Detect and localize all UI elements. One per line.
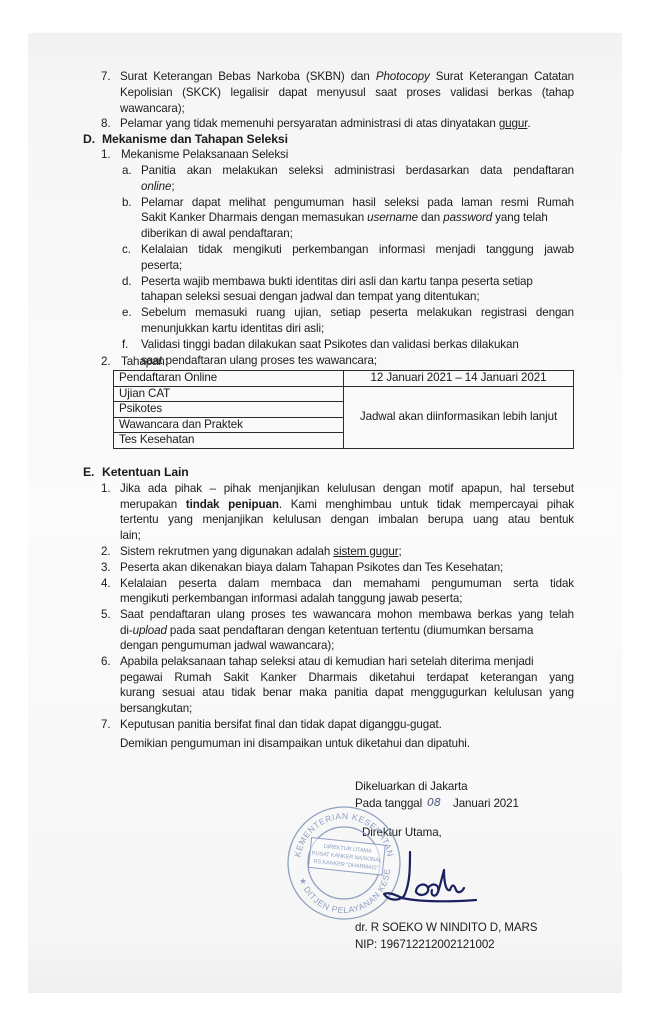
item-line: Pelamar dapat melihat pengumuman hasil s… [141, 195, 574, 211]
item-marker: 8. [101, 116, 110, 132]
item-marker: 5. [101, 607, 110, 623]
section-marker: D. [83, 132, 95, 148]
item-line: Kepolisian (SKCK) legalisir dapat menyus… [120, 85, 574, 101]
section-title: Ketentuan Lain [102, 465, 189, 481]
item-line: Saat pendaftaran ulang proses tes wawanc… [120, 607, 574, 623]
item-line: menunjukkan kartu identitas diri asli; [141, 321, 324, 337]
item-marker: 1. [101, 481, 110, 497]
item-line: merupakan tindak penipuan. Kami menghimb… [120, 497, 574, 513]
closing-statement: Demikian pengumuman ini disampaikan untu… [120, 736, 470, 752]
item-line: Validasi tinggi badan dilakukan saat Psi… [141, 337, 519, 353]
item-marker: e. [122, 305, 131, 321]
item-marker: 4. [101, 576, 110, 592]
item-line: mengikuti perkembangan informasi adalah … [120, 591, 462, 607]
item-marker: f. [122, 337, 128, 353]
item-line: Jika ada pihak – pihak menjanjikan kelul… [120, 481, 574, 497]
item-line: Panitia akan melakukan seleksi administr… [141, 163, 574, 179]
item-marker: b. [122, 195, 131, 211]
stage-name: Pendaftaran Online [114, 371, 344, 387]
date-day-handwritten: 08 [427, 795, 441, 811]
item-line: tertentu yang menjanjikan kelulusan deng… [120, 512, 574, 528]
subsection-marker: 1. [101, 147, 110, 163]
item-line: Sebelum memasuki ruang ujian, setiap pes… [141, 305, 574, 321]
item-line: pegawai Rumah Sakit Kanker Dharmais dike… [120, 670, 574, 686]
issued-place: Dikeluarkan di Jakarta [355, 779, 468, 795]
date-month-year: Januari 2021 [453, 796, 519, 812]
handwritten-signature [380, 848, 480, 908]
item-line: dengan pengumuman jadwal wawancara); [120, 638, 334, 654]
item-marker: c. [122, 242, 131, 258]
item-line: bersangkutan; [120, 701, 192, 717]
item-marker: 2. [101, 544, 110, 560]
item-line: kurang sesuai atau tidak benar maka pani… [120, 685, 574, 701]
item-marker: d. [122, 274, 131, 290]
item-line: Keputusan panitia bersifat final dan tid… [120, 717, 442, 733]
table-row: Ujian CAT Jadwal akan diinformasikan leb… [114, 386, 574, 402]
item-line: Sakit Kanker Dharmais dengan memasukan u… [141, 210, 548, 226]
item-line: diberikan di awal pendaftaran; [141, 226, 293, 242]
signatory-name: dr. R SOEKO W NINDITO D, MARS [355, 920, 537, 936]
stage-name: Psikotes [114, 402, 344, 418]
item-marker: a. [122, 163, 131, 179]
subsection-marker: 2. [101, 354, 110, 370]
item-line: tahapan seleksi sesuai dengan jadwal dan… [141, 289, 479, 305]
item-line: Peserta akan dikenakan biaya dalam Tahap… [120, 560, 503, 576]
stage-name: Tes Kesehatan [114, 433, 344, 449]
announcement-document: 7. Surat Keterangan Bebas Narkoba (SKBN)… [0, 0, 652, 1024]
stage-name: Ujian CAT [114, 386, 344, 402]
signatory-nip: NIP: 196712212002121002 [355, 937, 495, 953]
item-line: Peserta wajib membawa bukti identitas di… [141, 274, 533, 290]
item-line: lain; [120, 528, 141, 544]
item-line: Kelalaian tidak mengikuti perkembangan i… [141, 242, 574, 258]
item-line: di-upload pada saat pendaftaran dengan k… [120, 623, 533, 639]
item-line: peserta; [141, 258, 182, 274]
subsection-title: Mekanisme Pelaksanaan Seleksi [121, 147, 288, 163]
section-title: Mekanisme dan Tahapan Seleksi [102, 132, 288, 148]
item-marker: 3. [101, 560, 110, 576]
stage-name: Wawancara dan Praktek [114, 417, 344, 433]
section-marker: E. [83, 465, 94, 481]
stage-schedule: Jadwal akan diinformasikan lebih lanjut [344, 386, 574, 448]
item-line: Pelamar yang tidak memenuhi persyaratan … [120, 116, 530, 132]
table-row: Pendaftaran Online 12 Januari 2021 – 14 … [114, 371, 574, 387]
item-line: Apabila pelaksanaan tahap seleksi atau d… [120, 654, 534, 670]
subsection-title: Tahapan: [121, 354, 168, 370]
stages-table: Pendaftaran Online 12 Januari 2021 – 14 … [113, 370, 574, 449]
item-line: wawancara); [120, 101, 185, 117]
item-marker: 6. [101, 654, 110, 670]
item-line: online; [141, 179, 174, 195]
item-marker: 7. [101, 69, 110, 85]
item-line: saat pendaftaran ulang proses tes wawanc… [141, 353, 377, 369]
item-line: Surat Keterangan Bebas Narkoba (SKBN) da… [120, 69, 574, 85]
stage-schedule: 12 Januari 2021 – 14 Januari 2021 [344, 371, 574, 387]
item-marker: 7. [101, 717, 110, 733]
item-line: Sistem rekrutmen yang digunakan adalah s… [120, 544, 402, 560]
item-line: Kelalaian peserta dalam membaca dan mema… [120, 576, 574, 592]
